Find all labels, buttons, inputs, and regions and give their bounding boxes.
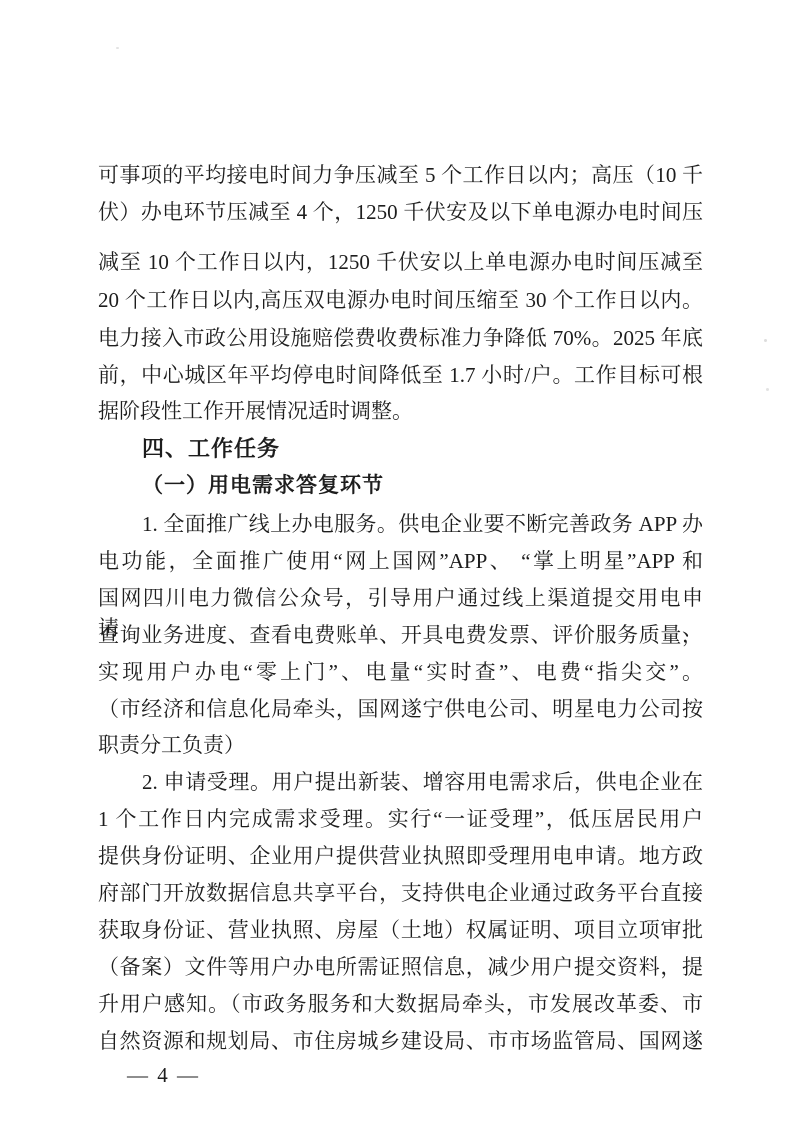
body-line: 电力接入市政公用设施赔偿费收费标准力争降低 70%。2025 年底 (98, 323, 703, 353)
task2-line: 府部门开放数据信息共享平台，支持供电企业通过政务平台直接 (98, 878, 703, 908)
task2-line: 1 个工作日内完成需求受理。实行“一证受理”，低压居民用户 (98, 804, 703, 834)
task2-line: 2. 申请受理。用户提出新装、增容用电需求后，供电企业在 (142, 767, 703, 797)
body-line: 伏）办电环节压减至 4 个，1250 千伏安及以下单电源办电时间压 (98, 197, 703, 227)
task1-line: 电功能，全面推广使用“网上国网”APP、 “掌上明星”APP 和 (98, 546, 703, 576)
task1-line: 查询业务进度、查看电费账单、开具电费发票、评价服务质量， (98, 620, 703, 650)
task2-line: 获取身份证、营业执照、房屋（土地）权属证明、项目立项审批 (98, 915, 703, 945)
task2-line-mixed: 升用户感知。（市政务服务和大数据局牵头，市发展改革委、市 (98, 989, 703, 1019)
task1-line: 实现用户办电“零上门”、电量“实时查”、电费“指尖交”。 (98, 657, 703, 687)
body-line: 可事项的平均接电时间力争压减至 5 个工作日以内；高压（10 千 (98, 160, 703, 190)
body-line: 据阶段性工作开展情况适时调整。 (98, 396, 703, 426)
page-number: — 4 — (127, 1060, 200, 1090)
scan-speck (764, 339, 767, 342)
scan-speck (766, 388, 769, 391)
task2-line: （备案）文件等用户办电所需证照信息，减少用户提交资料，提 (98, 952, 703, 982)
task1-responsibility-line: 职责分工负责） (98, 730, 703, 760)
scan-speck (116, 47, 119, 49)
document-page: 可事项的平均接电时间力争压减至 5 个工作日以内；高压（10 千 伏）办电环节压… (0, 0, 794, 1122)
body-line: 减至 10 个工作日以内，1250 千伏安以上单电源办电时间压减至 (98, 247, 703, 277)
task2-line: 提供身份证明、企业用户提供营业执照即受理用电申请。地方政 (98, 841, 703, 871)
body-line: 20 个工作日以内,高压双电源办电时间压缩至 30 个工作日以内。 (98, 285, 703, 315)
subsection-heading: （一）用电需求答复环节 (142, 470, 384, 500)
task2-mixed-normal-part: 升用户感知。 (98, 992, 230, 1016)
body-line: 前，中心城区年平均停电时间降低至 1.7 小时/户。工作目标可根 (98, 360, 703, 390)
section-heading: 四、工作任务 (142, 434, 280, 464)
task1-responsibility-line: （市经济和信息化局牵头，国网遂宁供电公司、明星电力公司按 (98, 694, 703, 724)
task1-line: 1. 全面推广线上办电服务。供电企业要不断完善政务 APP 办 (142, 509, 703, 539)
task2-responsibility-line: 自然资源和规划局、市住房城乡建设局、市市场监管局、国网遂 (98, 1026, 703, 1056)
task2-mixed-responsibility-part: （市政务服务和大数据局牵头，市发展改革委、市 (230, 992, 703, 1016)
